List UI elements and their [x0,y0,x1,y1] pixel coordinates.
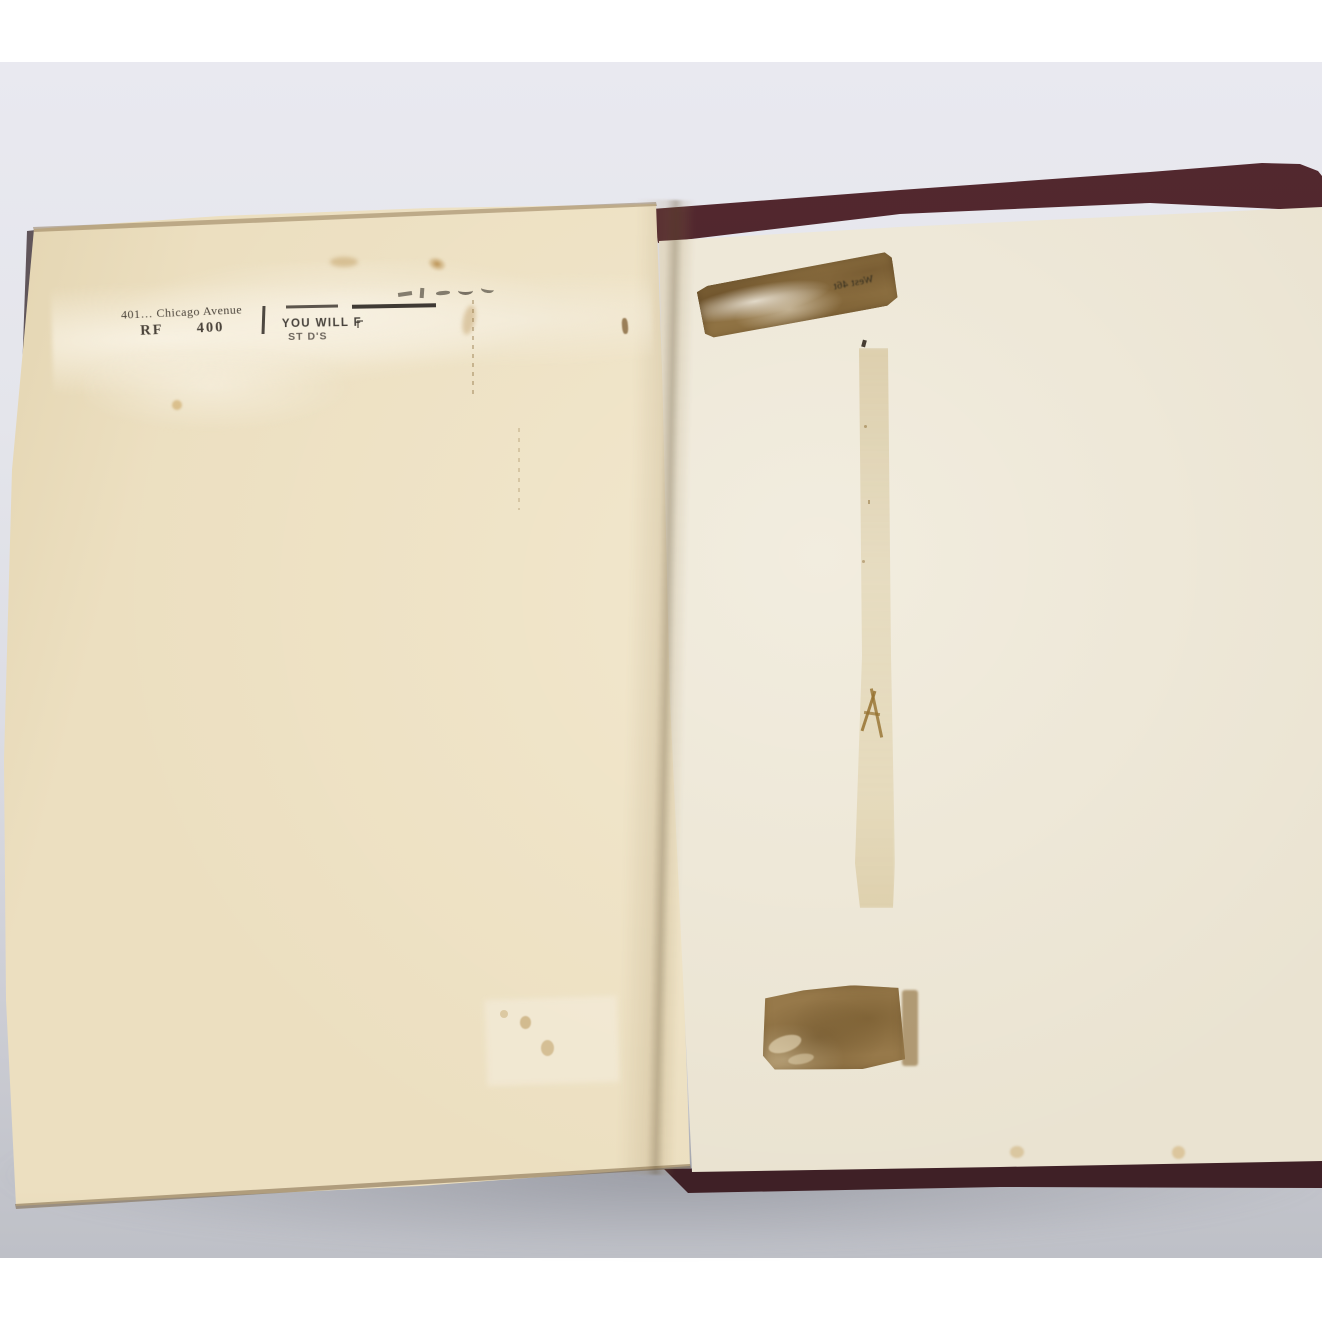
glue-smear-tail [85,355,365,435]
tan-stain-spot [541,1040,554,1056]
label-text-line2: ST D'S [288,329,412,343]
address-stamp: 401… Chicago Avenue RF 400 [101,302,262,342]
tan-stain-spot [500,1010,508,1018]
dotted-crease-line [472,300,474,396]
tape-residue-bottom [761,984,906,1073]
tan-stain-spot [330,257,358,267]
stain-dot [864,425,867,428]
tan-stain-spot [1172,1146,1185,1159]
dotted-crease-line [518,428,520,510]
label-text-line1: YOU WILL F [282,316,412,330]
tape-residue-strip [902,990,918,1066]
tan-stain-spot [520,1016,531,1029]
faded-letter-fragment [357,320,363,328]
faded-letter-fragment [458,286,473,295]
book-photo: 401… Chicago Avenue RF 400 YOU WILL F ST… [0,0,1322,1322]
label-text-box: YOU WILL F ST D'S [282,316,412,343]
mirrored-offset-text: West 46t [833,274,875,293]
stain-dot [862,560,865,563]
faded-letter-fragment [420,288,424,298]
tan-stain-spot [172,400,182,410]
tan-stain-spot [1010,1146,1024,1158]
stain-dot [868,500,870,504]
